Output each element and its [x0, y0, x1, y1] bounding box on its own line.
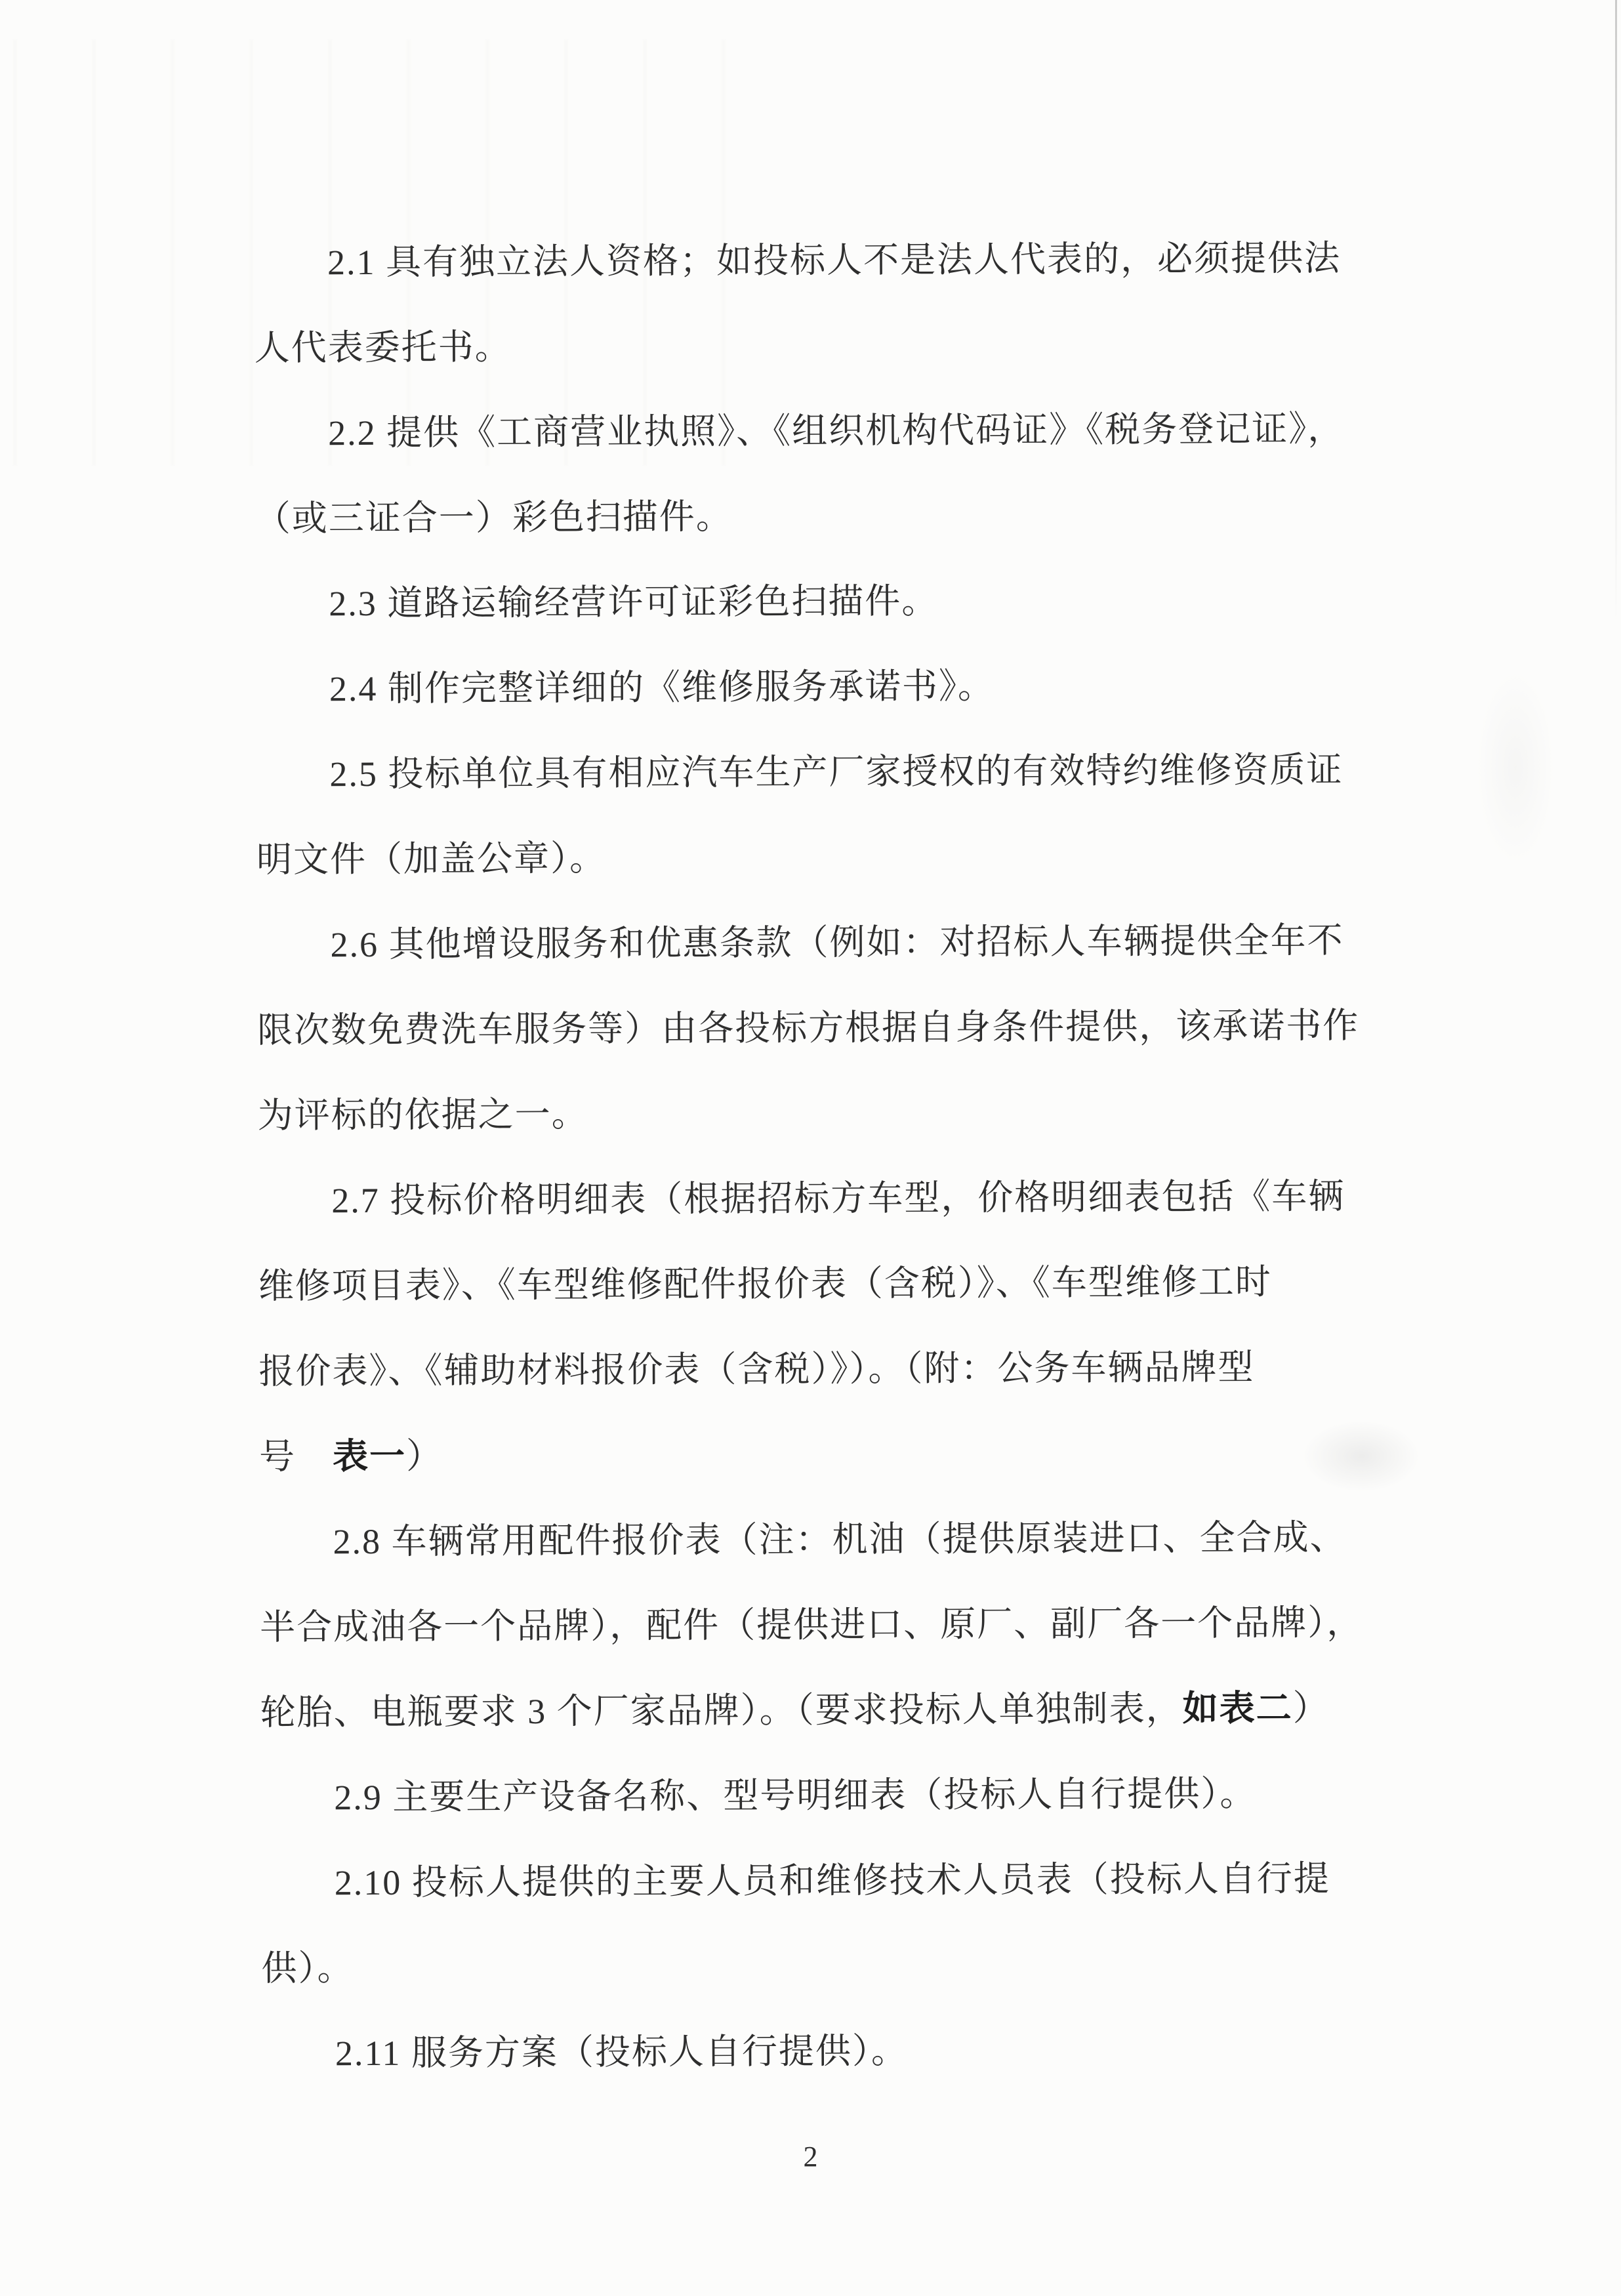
document-page: 2.1 具有独立法人资格；如投标人不是法人代表的，必须提供法人代表委托书。2.2…: [0, 0, 1621, 2296]
text-line: 供）。: [261, 1921, 1384, 2011]
text-segment: 半合成油各一个品牌），配件（提供进口、原厂、副厂各一个品牌），: [260, 1603, 1363, 1647]
text-segment: 明文件（加盖公章）。: [256, 838, 606, 879]
text-line: （或三证合一）彩色扫描件。: [255, 471, 1377, 561]
text-line: 半合成油各一个品牌），配件（提供进口、原厂、副厂各一个品牌），: [260, 1580, 1382, 1670]
text-segment: 2.5 投标单位具有相应汽车生产厂家授权的有效特约维修资质证: [329, 750, 1343, 794]
text-line: 报价表》、《辅助材料报价表（含税）》）。（附：公务车辆品牌型: [258, 1324, 1381, 1414]
text-segment: ）: [1293, 1689, 1330, 1728]
text-segment: 2.2 提供《工商营业执照》、《组织机构代码证》《税务登记证》，: [328, 409, 1344, 453]
scan-artifact: [1476, 669, 1555, 866]
bold-text-segment: 如表二: [1183, 1689, 1293, 1729]
bold-text-segment: 表一: [333, 1437, 406, 1476]
text-segment: 2.8 车辆常用配件报价表（注：机油（提供原装进口、全合成、: [333, 1517, 1346, 1561]
text-line: 轮胎、电瓶要求 3 个厂家品牌）。（要求投标人单独制表，如表二）: [260, 1665, 1382, 1755]
text-line: 2.8 车辆常用配件报价表（注：机油（提供原装进口、全合成、: [259, 1494, 1382, 1584]
text-line: 明文件（加盖公章）。: [256, 812, 1379, 902]
text-line: 2.9 主要生产设备名称、型号明细表（投标人自行提供）。: [260, 1750, 1383, 1840]
text-segment: ）: [406, 1437, 443, 1476]
scan-edge-shadow: [1615, 0, 1617, 623]
text-line: 维修项目表》、《车型维修配件报价表（含税）》、《车型维修工时: [258, 1239, 1381, 1328]
text-segment: 2.1 具有独立法人资格；如投标人不是法人代表的，必须提供法: [327, 239, 1341, 283]
text-segment: 限次数免费洗车服务等）由各投标方根据自身条件提供，该承诺书作: [257, 1006, 1359, 1050]
text-segment: 号: [259, 1437, 333, 1476]
text-segment: 2.11 服务方案（投标人自行提供）。: [335, 2031, 908, 2073]
text-segment: 报价表》、《辅助材料报价表（含税）》）。（附：公务车辆品牌型: [258, 1347, 1254, 1391]
text-line: 2.10 投标人提供的主要人员和维修技术人员表（投标人自行提: [261, 1835, 1384, 1925]
text-line: 号 表一）: [259, 1409, 1382, 1499]
text-segment: 2.9 主要生产设备名称、型号明细表（投标人自行提供）。: [334, 1774, 1256, 1817]
text-line: 2.5 投标单位具有相应汽车生产厂家授权的有效特约维修资质证: [256, 727, 1378, 817]
text-line: 限次数免费洗车服务等）由各投标方根据自身条件提供，该承诺书作: [257, 983, 1380, 1073]
page-number: 2: [0, 2140, 1621, 2173]
text-segment: 2.7 投标价格明细表（根据招标方车型，价格明细表包括《车辆: [331, 1177, 1345, 1221]
text-segment: 维修项目表》、《车型维修配件报价表（含税）》、《车型维修工时: [258, 1262, 1272, 1306]
text-segment: 轮胎、电瓶要求 3 个厂家品牌）。（要求投标人单独制表，: [260, 1689, 1183, 1732]
text-line: 2.2 提供《工商营业执照》、《组织机构代码证》《税务登记证》，: [255, 386, 1377, 476]
text-line: 为评标的依据之一。: [257, 1068, 1380, 1158]
text-line: 2.7 投标价格明细表（根据招标方车型，价格明细表包括《车辆: [258, 1153, 1380, 1243]
text-line: 2.3 道路运输经营许可证彩色扫描件。: [255, 556, 1378, 646]
text-line: 2.4 制作完整详细的《维修服务承诺书》。: [256, 642, 1378, 731]
text-line: 2.11 服务方案（投标人自行提供）。: [262, 2006, 1384, 2096]
text-segment: （或三证合一）彩色扫描件。: [255, 497, 733, 539]
text-segment: 2.4 制作完整详细的《维修服务承诺书》。: [329, 666, 995, 708]
text-segment: 2.6 其他增设服务和优惠条款（例如：对招标人车辆提供全年不: [330, 921, 1344, 965]
text-segment: 2.3 道路运输经营许可证彩色扫描件。: [329, 581, 938, 623]
text-line: 人代表委托书。: [254, 300, 1376, 390]
text-segment: 人代表委托书。: [254, 327, 511, 368]
text-segment: 为评标的依据之一。: [258, 1095, 588, 1136]
text-line: 2.6 其他增设服务和优惠条款（例如：对招标人车辆提供全年不: [256, 897, 1379, 987]
text-line: 2.1 具有独立法人资格；如投标人不是法人代表的，必须提供法: [254, 215, 1376, 305]
document-body: 2.1 具有独立法人资格；如投标人不是法人代表的，必须提供法人代表委托书。2.2…: [254, 215, 1384, 2096]
text-segment: 供）。: [261, 1948, 354, 1988]
text-segment: 2.10 投标人提供的主要人员和维修技术人员表（投标人自行提: [335, 1859, 1330, 1903]
